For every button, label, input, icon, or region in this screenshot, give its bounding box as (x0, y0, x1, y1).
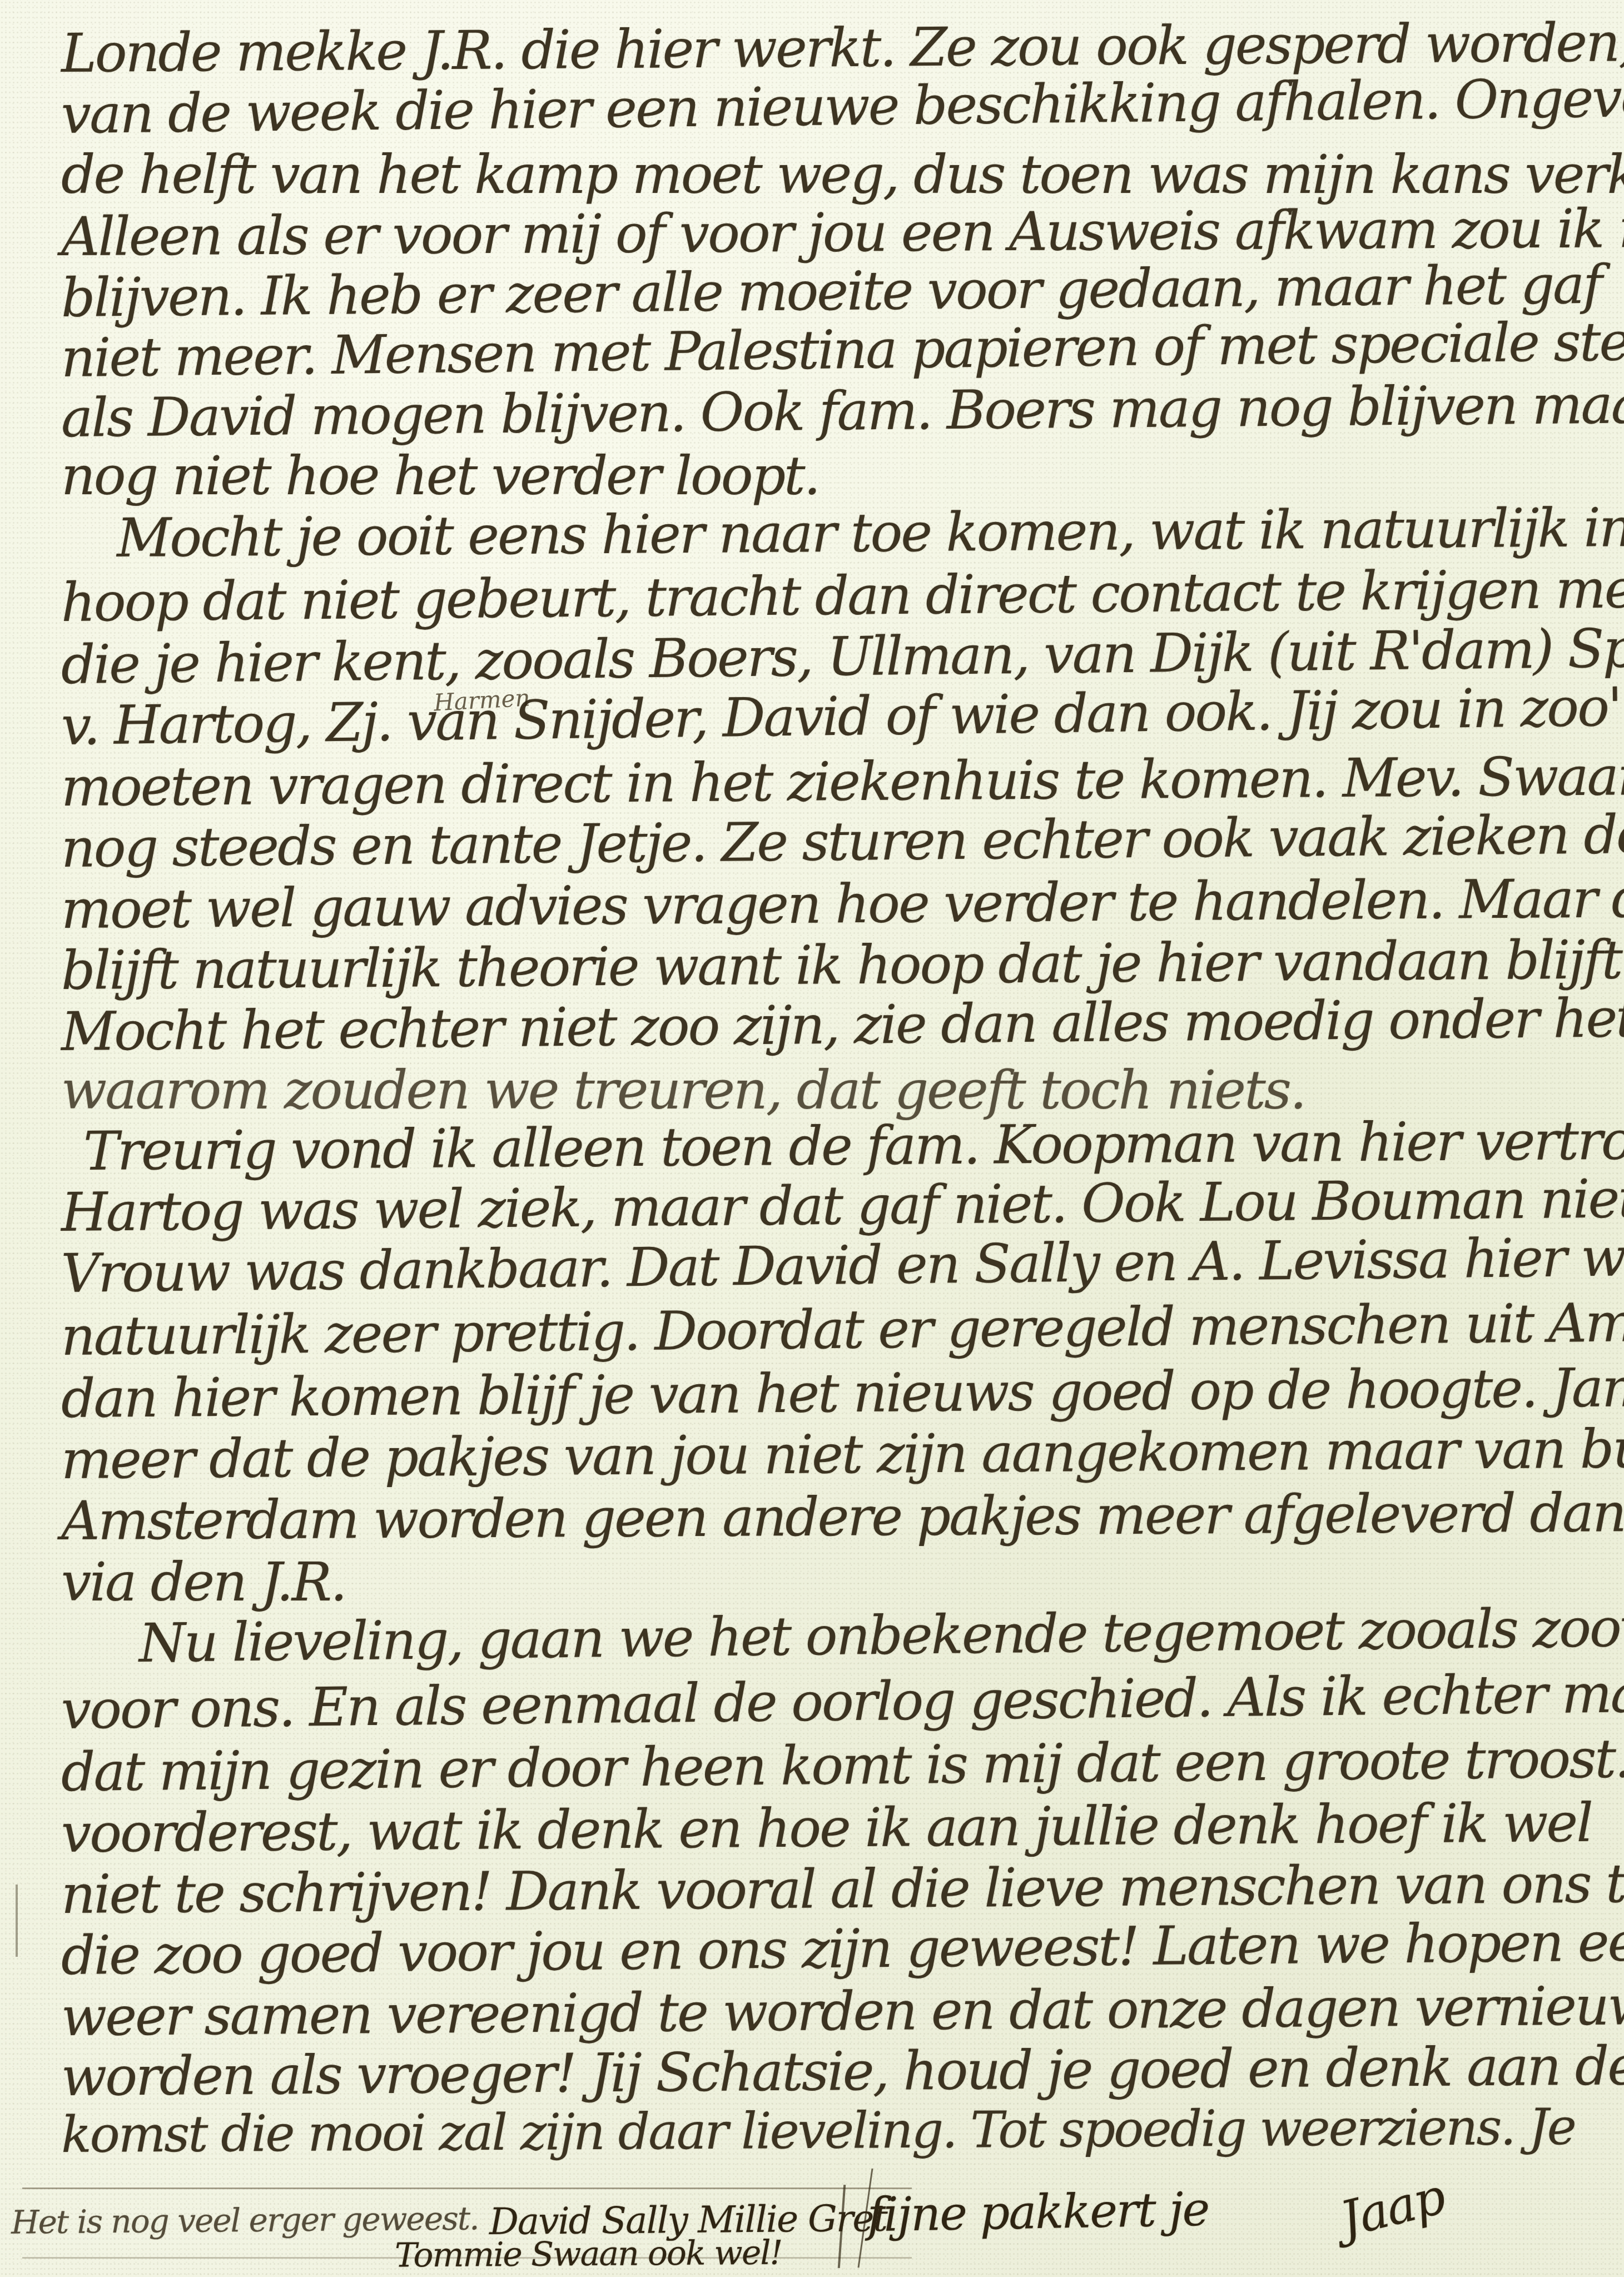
letter-line: via den J.R. (61, 1551, 346, 1613)
margin-mark (16, 1885, 18, 1957)
letter-line: waarom zouden we treuren, dat geeft toch… (61, 1059, 1305, 1121)
letter-line: Amsterdam worden geen andere pakjes meer… (61, 1481, 1624, 1552)
letter-line: moet wel gauw advies vragen hoe verder t… (61, 866, 1624, 941)
handwritten-letter: Londe mekke J.R. die hier werkt. Ze zou … (0, 0, 1624, 2277)
letter-line: dan hier komen blijf je van het nieuws g… (61, 1356, 1624, 1430)
postscript-rule-top (22, 2187, 912, 2189)
letter-line: de helft van het kamp moet weg, dus toen… (61, 143, 1624, 206)
letter-line: komst die mooi zal zijn daar lieveling. … (61, 2098, 1576, 2164)
closing-line: fijne pakkert je (867, 2182, 1209, 2243)
letter-line: voorderest, wat ik denk en hoe ik aan ju… (61, 1792, 1592, 1865)
letter-line: Mocht je ooit eens hier naar toe komen, … (117, 496, 1624, 569)
postscript-names-line2: Tommie Swaan ook wel! (395, 2234, 782, 2275)
letter-line: nog niet hoe het verder loopt. (61, 445, 819, 507)
postscript-note: Het is nog veel erger geweest. (11, 2199, 479, 2241)
letter-line: meer dat de pakjes van jou niet zijn aan… (61, 1417, 1624, 1491)
signature: Jaap (1334, 2167, 1450, 2249)
letter-line: natuurlijk zeer prettig. Doordat er gere… (61, 1291, 1624, 1368)
letter-line: Nu lieveling, gaan we het onbekende tege… (138, 1595, 1624, 1674)
letter-line: worden als vroeger! Jij Schatsie, houd j… (61, 2034, 1624, 2108)
